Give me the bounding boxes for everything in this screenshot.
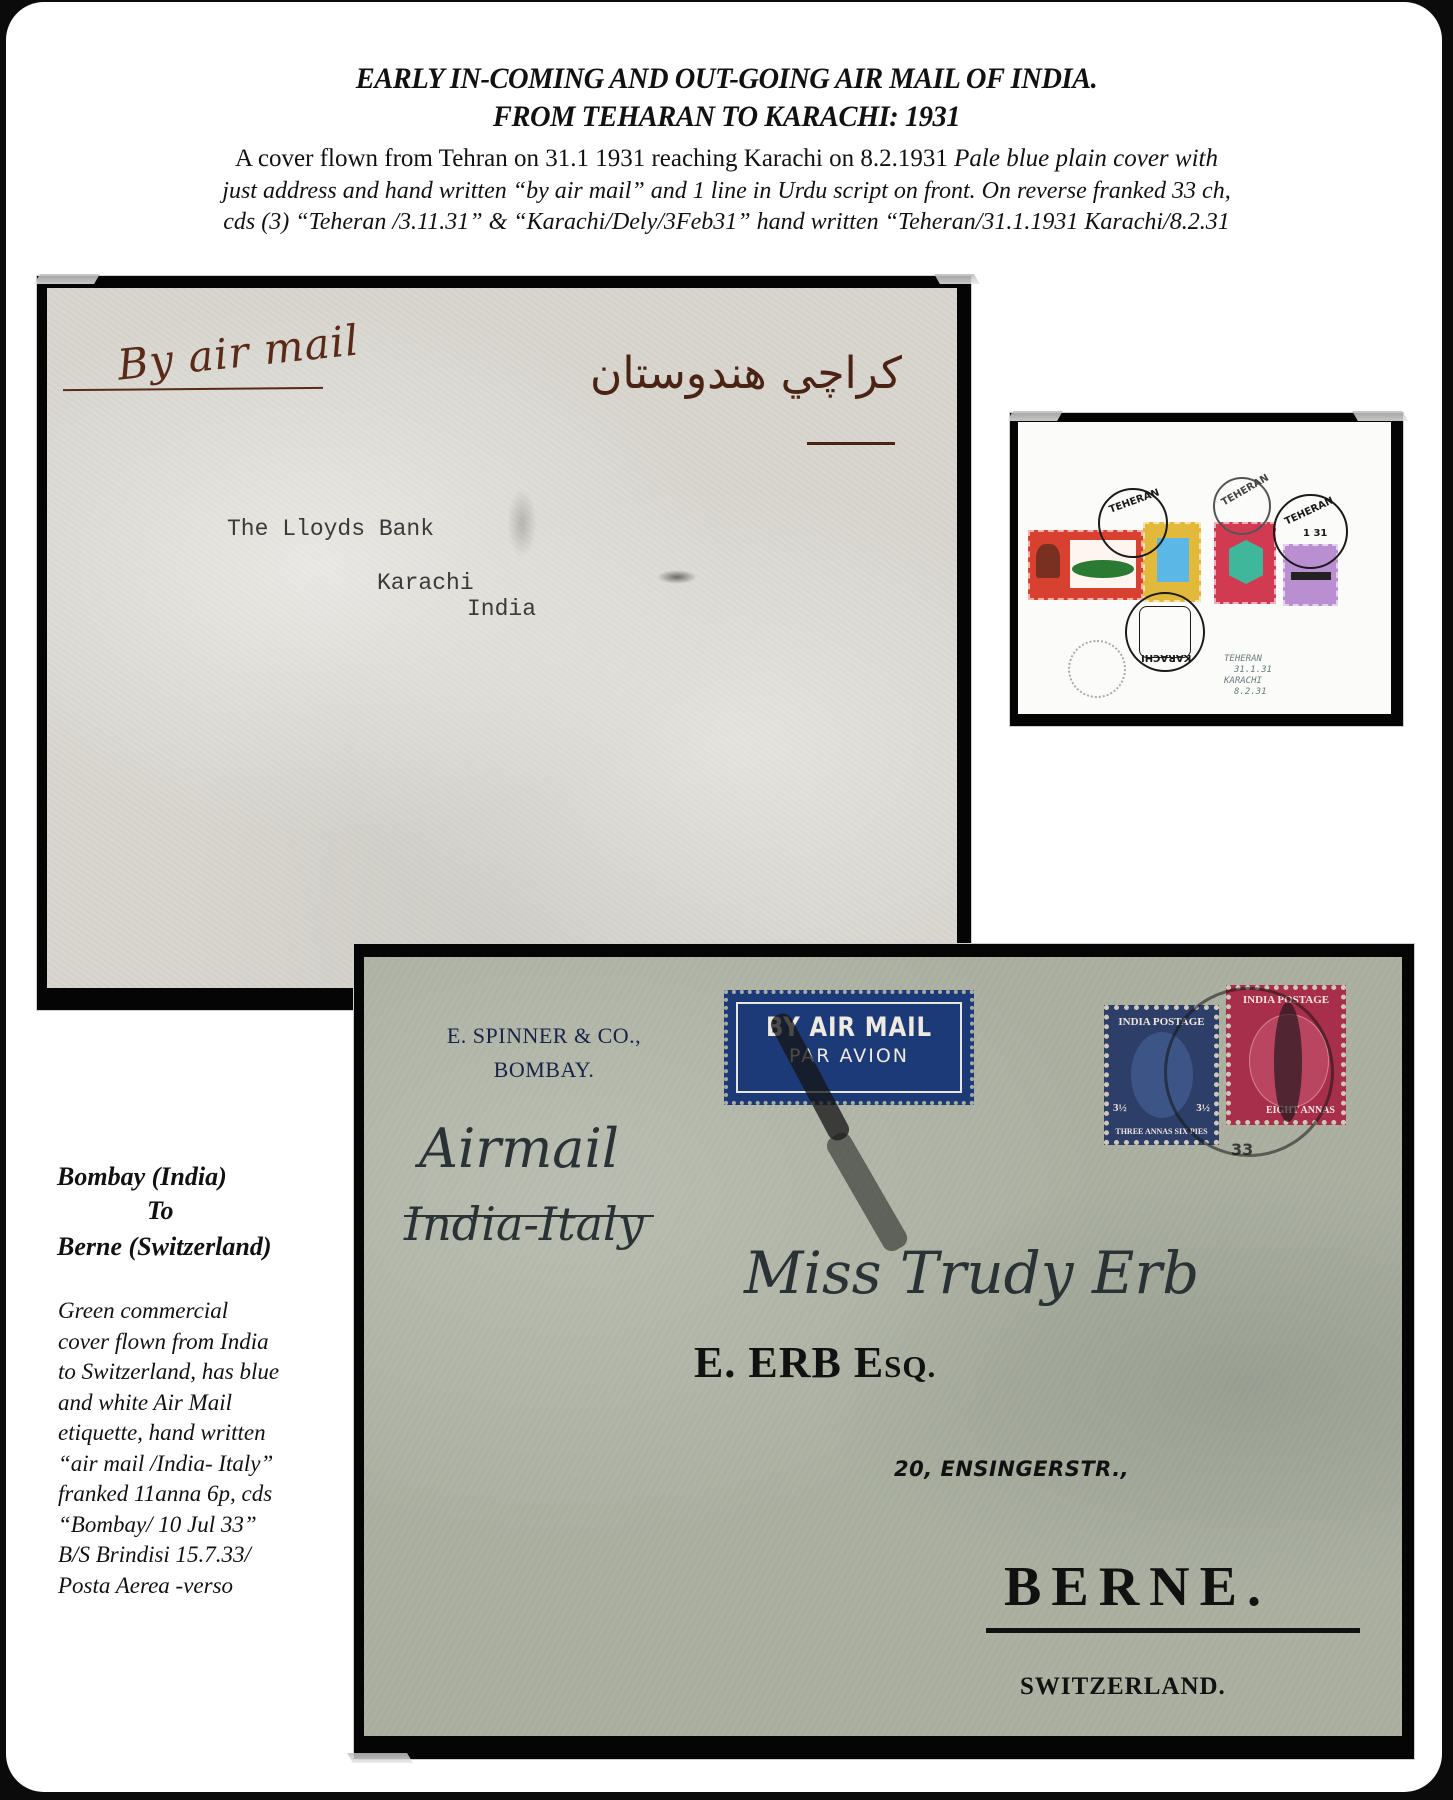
envelope-paper: E. SPINNER & CO., BOMBAY. BY AIR MAIL PA… [364, 957, 1402, 1736]
envelope-paper: TEHERAN TEHERAN TEHERAN 1 31 KARACHI TEH… [1018, 422, 1391, 714]
addressee-city: BERNE. [1004, 1555, 1271, 1619]
postmark-smear [823, 1129, 911, 1255]
portrait-icon [1229, 540, 1263, 584]
caption-heading-destination: Berne (Switzerland) [57, 1232, 272, 1262]
portrait-icon [1036, 544, 1060, 578]
mount-corner [34, 274, 100, 284]
mount-corner [1352, 411, 1408, 421]
handwritten-india-italy: India-Italy [404, 1197, 644, 1251]
handwritten-urdu-address: کراچي هندوستان [590, 348, 902, 399]
city-underline [986, 1628, 1360, 1633]
mount-corner [934, 274, 980, 284]
handwritten-addressee: Miss Trudy Erb [744, 1239, 1199, 1307]
urdu-underline [807, 442, 895, 445]
handwritten-strike-line [404, 1215, 654, 1217]
cover-bombay-berne: E. SPINNER & CO., BOMBAY. BY AIR MAIL PA… [354, 944, 1414, 1759]
mount-corner [347, 1753, 413, 1763]
portrait-icon [1157, 538, 1189, 582]
page-subtitle: FROM TEHARAN TO KARACHI: 1931 [36, 100, 1416, 134]
addressee-country: SWITZERLAND. [1020, 1673, 1226, 1701]
postmark-teheran: TEHERAN [1213, 477, 1271, 535]
postmark-bombay: 33 [1164, 987, 1334, 1157]
address-line-1: The Lloyds Bank [227, 516, 434, 542]
ink-spot [657, 570, 697, 584]
caption-heading-origin: Bombay (India) [57, 1162, 227, 1192]
cover-tehran-front: By air mail کراچي هندوستان The Lloyds Ba… [37, 276, 971, 1010]
airplane-overprint-icon [1291, 572, 1331, 580]
air-mail-etiquette: BY AIR MAIL PAR AVION [724, 990, 974, 1105]
envelope-paper: By air mail کراچي هندوستان The Lloyds Ba… [47, 288, 957, 988]
cover-tehran-reverse: TEHERAN TEHERAN TEHERAN 1 31 KARACHI TEH… [1010, 413, 1403, 726]
caption-description: Green commercial cover flown from India … [58, 1296, 348, 1601]
description-line-2: just address and hand written “by air ma… [0, 176, 1453, 207]
caption-heading-to: To [147, 1196, 174, 1226]
postmark-teheran: TEHERAN 1 31 [1273, 494, 1348, 569]
addressee-street: 20, ENSINGERSTR., [894, 1457, 1129, 1481]
zeppelin-icon [1072, 560, 1134, 578]
postmark-inner-frame [1139, 606, 1191, 658]
page-title: EARLY IN-COMING AND OUT-GOING AIR MAIL O… [36, 62, 1416, 96]
addressee-name: E. ERB ESQ. [694, 1337, 936, 1388]
faint-postmark-trace [507, 488, 537, 558]
address-line-3: India [467, 596, 536, 622]
sender-imprint: E. SPINNER & CO., BOMBAY. [414, 1019, 674, 1087]
etiquette-frame: BY AIR MAIL PAR AVION [736, 1002, 962, 1093]
description-line-3: cds (3) “Teheran /3.11.31” & “Karachi/De… [0, 207, 1453, 238]
postmark-teheran: TEHERAN [1098, 488, 1168, 558]
handwritten-underline [63, 387, 323, 391]
handwritten-by-air-mail: By air mail [115, 315, 361, 389]
postmark-smear [1274, 1002, 1302, 1122]
mount-corner [1007, 411, 1063, 421]
pencil-routing-note: TEHERAN 31.1.31 KARACHI 8.2.31 [1224, 654, 1272, 698]
address-line-2: Karachi [377, 570, 474, 596]
handwritten-airmail: Airmail [419, 1117, 619, 1180]
faint-postmark [1068, 640, 1126, 698]
description-line-1: A cover flown from Tehran on 31.1 1931 r… [0, 143, 1453, 174]
postmark-karachi: KARACHI [1125, 592, 1205, 672]
